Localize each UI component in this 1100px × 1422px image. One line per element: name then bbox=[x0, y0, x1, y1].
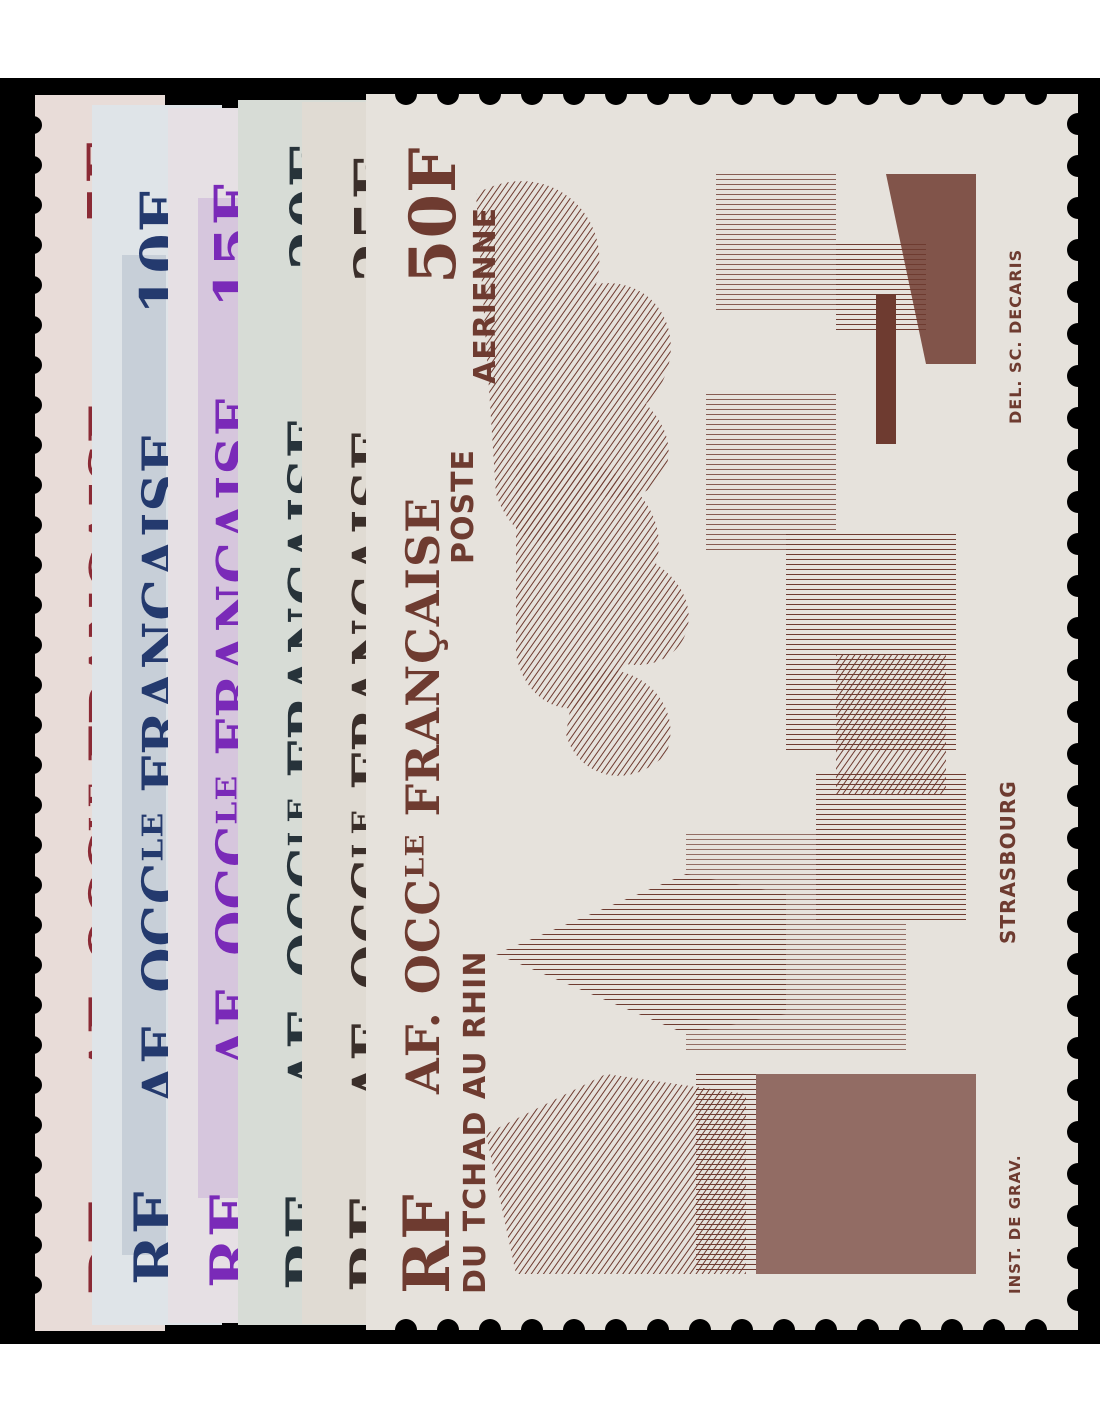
stamp-designer: DEL. SC. DECARIS bbox=[1006, 249, 1025, 424]
stamp-rf: RF bbox=[390, 1193, 465, 1294]
black-background: 5F AF. OCCᴸᴱ FRANÇAISE RF 10F AF. OCCᴸᴱ … bbox=[0, 78, 1100, 1344]
stamp-printer: INST. DE GRAV. bbox=[1006, 1154, 1024, 1294]
stamp-service-poste: POSTE bbox=[446, 449, 481, 564]
stamp-service-aerienne: AERIENNE bbox=[468, 207, 503, 384]
stamp-place: STRASBOURG bbox=[996, 780, 1020, 944]
strasbourg-engraving bbox=[456, 134, 1006, 1284]
stamp-value: 50F bbox=[396, 147, 471, 285]
stamp-country: AF. OCCᴸᴱ FRANÇAISE bbox=[396, 497, 450, 1094]
stamp-50f: 50F AERIENNE POSTE AF. OCCᴸᴱ FRANÇAISE D… bbox=[366, 94, 1078, 1330]
